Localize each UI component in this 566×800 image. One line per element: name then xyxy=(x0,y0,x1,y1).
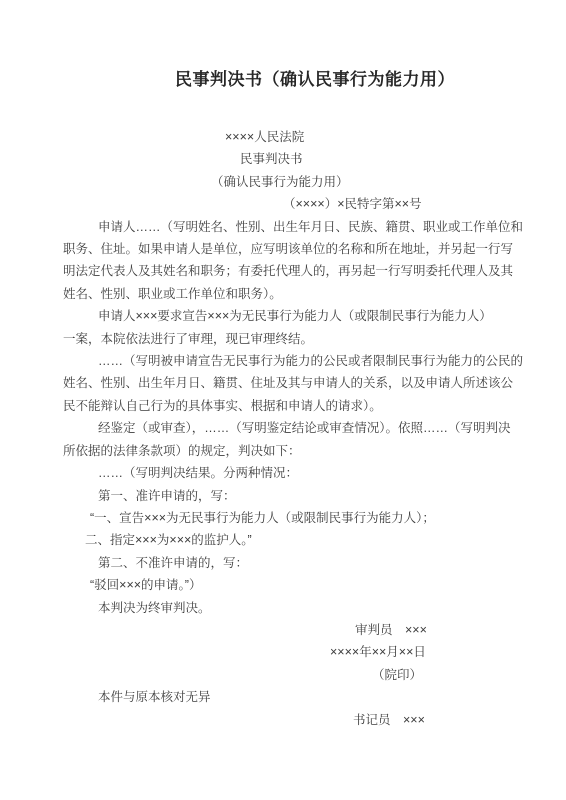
court-name: ××××人民法院 xyxy=(225,126,511,148)
judgment-document-page: 民事判决书（确认民事行为能力用） ××××人民法院 民事判决书 （确认民事行为能… xyxy=(0,0,566,800)
body-line: 本判决为终审判决。 xyxy=(63,597,511,619)
body-line: 民不能辩认自己行为的具体事实、根据和申请人的请求）。 xyxy=(63,395,511,417)
body-line: 一案，本院依法进行了审理，现已审理终结。 xyxy=(63,328,511,350)
judge-signature: 审判员 ××× xyxy=(355,619,511,641)
page-title: 民事判决书（确认民事行为能力用） xyxy=(175,68,511,92)
body-line: 所依据的法律条款项）的规定，判决如下： xyxy=(63,440,511,462)
body-line: 姓名、性别、出生年月日、籍贯、住址及其与申请人的关系，以及申请人所述该公 xyxy=(63,372,511,394)
verification-note: 本件与原本核对无异 xyxy=(63,686,511,708)
body-line: 申请人×××要求宣告×××为无民事行为能力人（或限制民事行为能力人） xyxy=(63,305,511,327)
body-line: 第一、准许申请的，写： xyxy=(63,485,511,507)
body-line: 姓名、性别、职业或工作单位和职务）。 xyxy=(63,283,511,305)
document-subtype: （确认民事行为能力用） xyxy=(211,171,511,193)
case-number: （××××）×民特字第××号 xyxy=(283,193,511,215)
body-line: 第二、不准许申请的，写： xyxy=(63,552,511,574)
judgment-date: ××××年××月××日 xyxy=(330,641,511,663)
body-line: 经鉴定（或审查），……（写明鉴定结论或审查情况）。依照……（写明判决 xyxy=(63,417,511,439)
body-line: “驳回×××的申请。”） xyxy=(63,574,511,596)
judgment-body-text: 申请人……（写明姓名、性别、出生年月日、民族、籍贯、职业或工作单位和职务、住址。… xyxy=(63,216,511,619)
body-line: 明法定代表人及其姓名和职务；有委托代理人的，再另起一行写明委托代理人及其 xyxy=(63,260,511,282)
body-line: 二、指定×××为×××的监护人。” xyxy=(63,529,511,551)
body-line: “一、宣告×××为无民事行为能力人（或限制民事行为能力人）； xyxy=(63,507,511,529)
court-seal: （院印） xyxy=(372,664,511,686)
body-line: 申请人……（写明姓名、性别、出生年月日、民族、籍贯、职业或工作单位和 xyxy=(63,216,511,238)
body-line: ……（写明判决结果。分两种情况： xyxy=(63,462,511,484)
body-line: ……（写明被申请宣告无民事行为能力的公民或者限制民事行为能力的公民的 xyxy=(63,350,511,372)
clerk-signature: 书记员 ××× xyxy=(353,709,511,731)
document-name: 民事判决书 xyxy=(240,148,511,170)
body-line: 职务、住址。如果申请人是单位，应写明该单位的名称和所在地址，并另起一行写 xyxy=(63,238,511,260)
document-content: 民事判决书（确认民事行为能力用） ××××人民法院 民事判决书 （确认民事行为能… xyxy=(0,0,566,731)
